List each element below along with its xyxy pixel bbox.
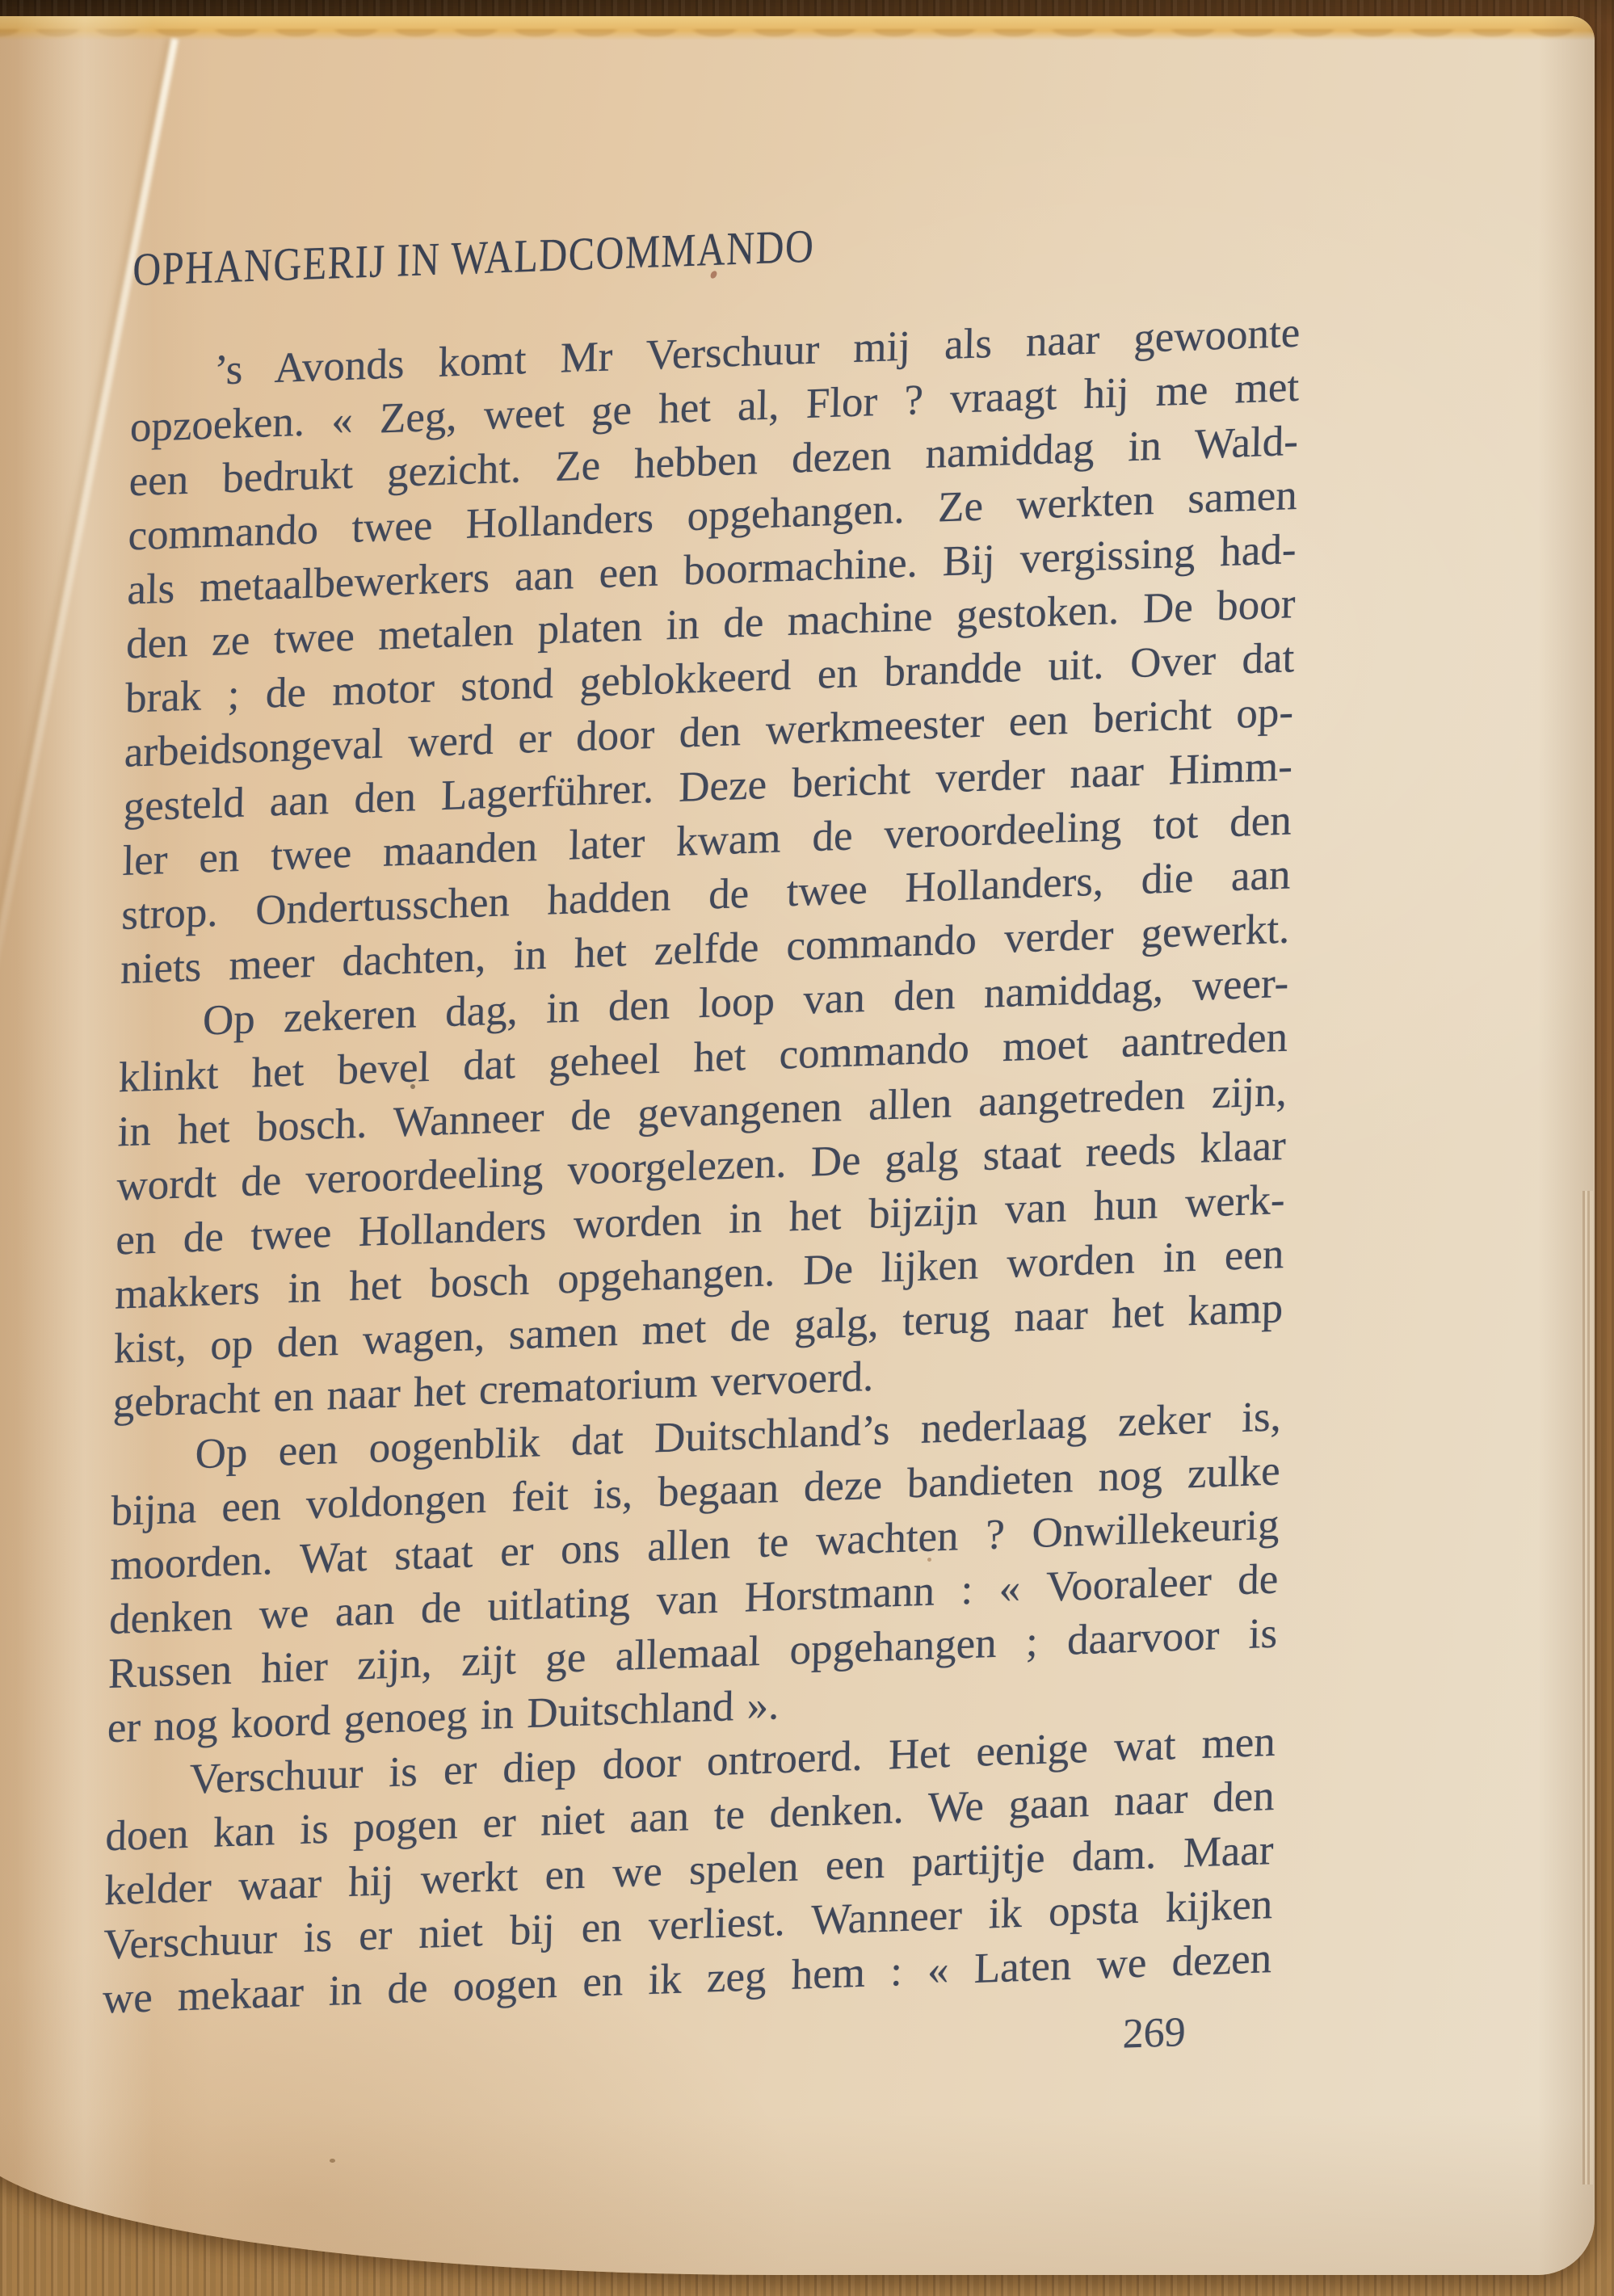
paper-blemish xyxy=(330,2159,335,2163)
body-paragraphs: ’s Avonds komt Mr Verschuur mij als naar… xyxy=(102,306,1300,2027)
book-page: OPHANGERIJ IN WALDCOMMANDO ’s Avonds kom… xyxy=(0,16,1595,2275)
stacked-page-edges xyxy=(1582,1191,1593,2185)
paragraph: Verschuur is er diep door ontroerd. Het … xyxy=(102,1715,1276,2027)
text-block: OPHANGERIJ IN WALDCOMMANDO ’s Avonds kom… xyxy=(101,201,1302,2093)
deckled-edge-shadow xyxy=(0,29,1595,53)
bottom-edge-shade xyxy=(0,2113,1595,2275)
paragraph: Op zekeren dag, in den loop van den nami… xyxy=(112,957,1288,1431)
paragraph: ’s Avonds komt Mr Verschuur mij als naar… xyxy=(120,306,1301,998)
chapter-title: OPHANGERIJ IN WALDCOMMANDO xyxy=(132,208,1103,296)
paragraph: Op een oogenblik dat Duitschland’s neder… xyxy=(107,1390,1281,1756)
book-photo: { "page": { "title": "OPHANGERIJ IN WALD… xyxy=(0,0,1614,2296)
